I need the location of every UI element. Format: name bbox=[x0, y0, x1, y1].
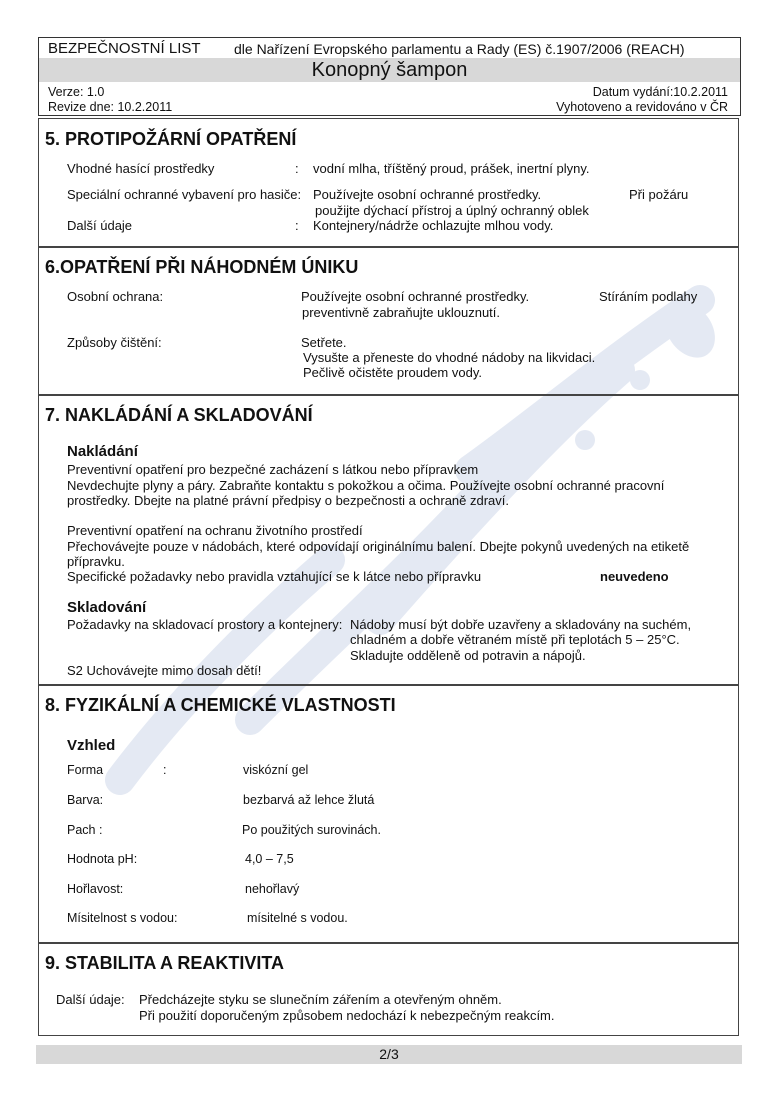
field-sep: : bbox=[295, 161, 299, 176]
section-title: 5. PROTIPOŽÁRNÍ OPATŘENÍ bbox=[45, 129, 296, 150]
s2-phrase: S2 Uchovávejte mimo dosah dětí! bbox=[67, 663, 261, 678]
page-number: 2/3 bbox=[379, 1046, 398, 1062]
field-value: Nádoby musí být dobře uzavřeny a skladov… bbox=[350, 617, 691, 632]
field-value: Setřete. bbox=[301, 335, 347, 350]
subsection-title: Skladování bbox=[67, 599, 146, 616]
document-header: BEZPEČNOSTNÍ LIST dle Nařízení Evropskéh… bbox=[38, 37, 741, 116]
property-value: viskózní gel bbox=[243, 763, 308, 777]
text-line: Specifické požadavky nebo pravidla vztah… bbox=[67, 569, 481, 584]
text-line: prostředky. Dbejte na platné právní před… bbox=[67, 493, 509, 508]
subsection-title: Vzhled bbox=[67, 737, 115, 754]
section-title: 7. NAKLÁDÁNÍ A SKLADOVÁNÍ bbox=[45, 405, 313, 426]
product-name: Konopný šampon bbox=[39, 59, 740, 82]
field-value-right: Stíráním podlahy bbox=[599, 289, 697, 304]
property-label: Hořlavost: bbox=[67, 882, 123, 896]
property-value: 4,0 – 7,5 bbox=[245, 852, 294, 866]
field-value: použijte dýchací přístroj a úplný ochran… bbox=[315, 203, 589, 218]
field-value: Kontejnery/nádrže ochlazujte mlhou vody. bbox=[313, 218, 553, 233]
text-line: Přechovávejte pouze v nádobách, které od… bbox=[67, 539, 689, 554]
regulation-text: dle Nařízení Evropského parlamentu a Rad… bbox=[234, 41, 685, 57]
field-value: Při použití doporučeným způsobem nedochá… bbox=[139, 1008, 555, 1023]
origin: Vyhotoveno a revidováno v ČR bbox=[556, 100, 728, 114]
text-line: Preventivní opatření na ochranu životníh… bbox=[67, 523, 363, 538]
text-line: přípravku. bbox=[67, 554, 125, 569]
field-sep: : bbox=[295, 218, 299, 233]
property-value: nehořlavý bbox=[245, 882, 299, 896]
field-value: Vysušte a přeneste do vhodné nádoby na l… bbox=[303, 350, 595, 365]
property-label: Pach : bbox=[67, 823, 102, 837]
field-label: Způsoby čištění: bbox=[67, 335, 162, 350]
section-7: 7. NAKLÁDÁNÍ A SKLADOVÁNÍ Nakládání Prev… bbox=[38, 394, 739, 686]
field-value-right: Při požáru bbox=[629, 187, 688, 202]
page-footer: 2/3 bbox=[36, 1045, 742, 1064]
text-line: Nevdechujte plyny a páry. Zabraňte konta… bbox=[67, 478, 664, 493]
section-title: 6.OPATŘENÍ PŘI NÁHODNÉM ÚNIKU bbox=[45, 257, 358, 278]
issue-date: Datum vydání:10.2.2011 bbox=[593, 85, 728, 99]
property-sep: : bbox=[163, 763, 166, 777]
section-title: 8. FYZIKÁLNÍ A CHEMICKÉ VLASTNOSTI bbox=[45, 695, 396, 716]
field-value: Používejte osobní ochranné prostředky. bbox=[301, 289, 529, 304]
section-5: 5. PROTIPOŽÁRNÍ OPATŘENÍ Vhodné hasící p… bbox=[38, 118, 739, 248]
revision-date: Revize dne: 10.2.2011 bbox=[48, 100, 172, 114]
property-label: Barva: bbox=[67, 793, 103, 807]
field-value: vodní mlha, tříštěný proud, prášek, iner… bbox=[313, 161, 590, 176]
property-value: Po použitých surovinách. bbox=[242, 823, 381, 837]
doc-type: BEZPEČNOSTNÍ LIST bbox=[48, 40, 201, 57]
section-9: 9. STABILITA A REAKTIVITA Další údaje: P… bbox=[38, 942, 739, 1036]
field-label: Další údaje bbox=[67, 218, 132, 233]
field-label: Osobní ochrana: bbox=[67, 289, 163, 304]
section-title: 9. STABILITA A REAKTIVITA bbox=[45, 953, 284, 974]
property-label: Hodnota pH: bbox=[67, 852, 137, 866]
text-line: Preventivní opatření pro bezpečné zacház… bbox=[67, 462, 478, 477]
property-value: mísitelné s vodou. bbox=[247, 911, 348, 925]
property-label: Forma bbox=[67, 763, 103, 777]
field-value: Pečlivě očistěte proudem vody. bbox=[303, 365, 482, 380]
field-label: Požadavky na skladovací prostory a konte… bbox=[67, 617, 342, 632]
field-value: Předcházejte styku se slunečním zářením … bbox=[139, 992, 502, 1007]
field-value: chladném a dobře větraném místě při tepl… bbox=[350, 632, 680, 647]
field-value: Používejte osobní ochranné prostředky. bbox=[313, 187, 541, 202]
field-value: Skladujte odděleně od potravin a nápojů. bbox=[350, 648, 586, 663]
property-label: Mísitelnost s vodou: bbox=[67, 911, 177, 925]
specific-requirements-value: neuvedeno bbox=[600, 569, 669, 584]
subsection-title: Nakládání bbox=[67, 443, 138, 460]
version: Verze: 1.0 bbox=[48, 85, 104, 99]
field-label: Vhodné hasící prostředky bbox=[67, 161, 214, 176]
field-label: Další údaje: bbox=[56, 992, 125, 1007]
section-6: 6.OPATŘENÍ PŘI NÁHODNÉM ÚNIKU Osobní och… bbox=[38, 246, 739, 396]
field-label: Speciální ochranné vybavení pro hasiče: bbox=[67, 187, 301, 202]
property-value: bezbarvá až lehce žlutá bbox=[243, 793, 374, 807]
section-8: 8. FYZIKÁLNÍ A CHEMICKÉ VLASTNOSTI Vzhle… bbox=[38, 684, 739, 944]
field-value: preventivně zabraňujte uklouznutí. bbox=[302, 305, 500, 320]
